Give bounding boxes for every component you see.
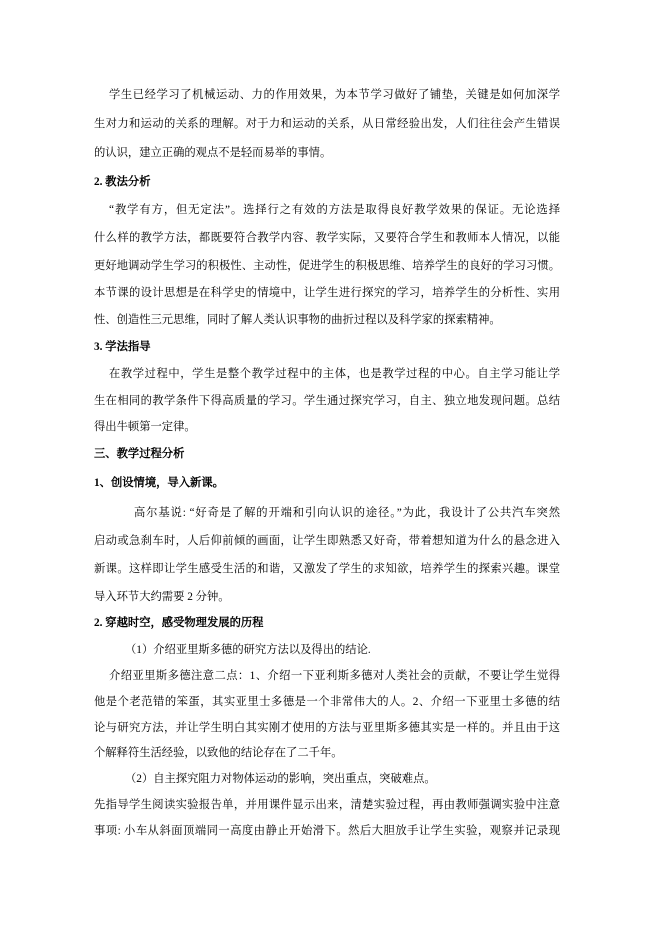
text-line: 更好地调动学生学习的积极性、主动性，促进学生的积极思维、培养学生的良好的学习习惯… xyxy=(94,259,560,274)
section-heading: 三、教学过程分析 xyxy=(94,447,560,462)
text-line: 在教学过程中，学生是整个教学过程中的主体，也是教学过程的中心。自主学习能让学 xyxy=(94,367,560,382)
section-heading: 2. 教法分析 xyxy=(94,175,560,190)
section-heading: 2. 穿越时空，感受物理发展的历程 xyxy=(94,616,560,631)
section-heading: 1、创设情境，导入新课。 xyxy=(94,476,560,491)
text-line: 的认识，建立正确的观点不是轻而易举的事情。 xyxy=(94,146,560,161)
text-line: 高尔基说: “好奇是了解的开端和引向认识的途径。”为此，我设计了公共汽车突然 xyxy=(94,506,560,521)
text-line: 启动或急刹车时，人后仰前倾的画面，让学生即熟悉又好奇，带着想知道为什么的悬念进入 xyxy=(94,534,560,549)
text-line: “教学有方，但无定法”。选择行之有效的方法是取得良好教学效果的保证。无论选择 xyxy=(94,203,560,218)
text-line: 生对力和运动的关系的理解。对于力和运动的关系，从日常经验出发，人们往往会产生错误 xyxy=(94,117,560,132)
text-line: 先指导学生阅读实验报告单，并用课件显示出来，清楚实验过程，再由教师强调实验中注意 xyxy=(94,798,560,813)
text-line: 事项: 小车从斜面顶端同一高度由静止开始滑下。然后大胆放手让学生实验，观察并记录… xyxy=(94,824,560,839)
text-line: 得出牛顿第一定律。 xyxy=(94,420,560,435)
text-line: 什么样的教学方法，都既要符合教学内容、教学实际，又要符合学生和教师本人情况，以能 xyxy=(94,231,560,246)
text-line: 他是个老范错的笨蛋，其实亚里士多德是一个非常伟大的人。2、介绍一下亚里士多德的结 xyxy=(94,695,560,710)
text-line: 学生已经学习了机械运动、力的作用效果，为本节学习做好了铺垫，关键是如何加深学 xyxy=(94,88,560,103)
text-line: 性、创造性三元思维，同时了解人类认识事物的曲折过程以及科学家的探索精神。 xyxy=(94,313,560,328)
text-line: 导入环节大约需要 2 分钟。 xyxy=(94,590,560,605)
text-line: （2）自主探究阻力对物体运动的影响，突出重点，突破难点。 xyxy=(94,772,560,787)
text-line: 新课。这样即让学生感受生活的和谐，又激发了学生的求知欲，培养学生的探索兴趣。课堂 xyxy=(94,562,560,577)
document-page: 学生已经学习了机械运动、力的作用效果，为本节学习做好了铺垫，关键是如何加深学 生… xyxy=(0,0,661,935)
text-line: （1）介绍亚里斯多德的研究方法以及得出的结论. xyxy=(94,643,560,658)
text-line: 个解释符生活经验，以致他的结论存在了二千年。 xyxy=(94,746,560,761)
text-line: 论与研究方法，并让学生明白其实刚才使用的方法与亚里斯多德其实是一样的。并且由于这 xyxy=(94,721,560,736)
text-line: 介绍亚里斯多德注意二点：1、介绍一下亚利斯多德对人类社会的贡献，不要让学生觉得 xyxy=(94,669,560,684)
text-line: 本节课的设计思想是在科学史的情境中，让学生进行探究的学习，培养学生的分析性、实用 xyxy=(94,286,560,301)
section-heading: 3. 学法指导 xyxy=(94,340,560,355)
text-line: 生在相同的教学条件下得高质量的学习。学生通过探究学习，自主、独立地发现问题。总结 xyxy=(94,394,560,409)
